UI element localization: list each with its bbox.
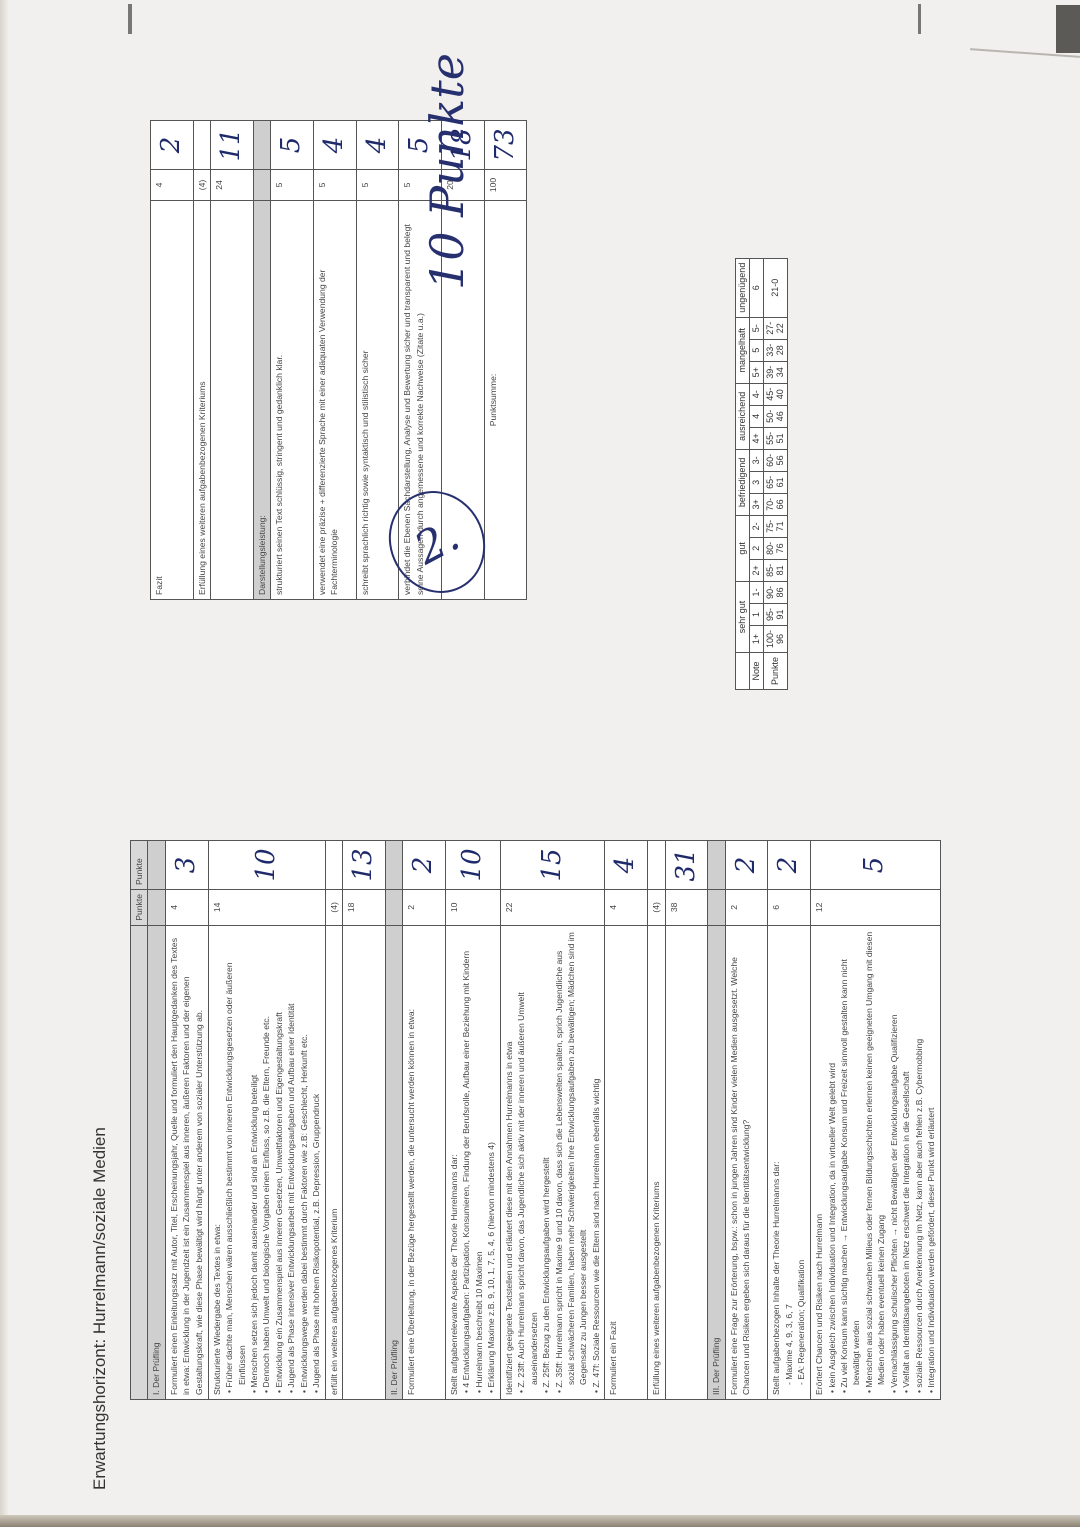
- criterion-sub: - EA: Regeneration; Qualifikation: [795, 930, 807, 1395]
- grade-note: 2-: [749, 515, 763, 537]
- awarded-points: 5: [811, 841, 941, 890]
- max-points: 6: [768, 890, 811, 926]
- row-label: Note: [749, 652, 763, 689]
- criterion-text: erfüllt ein weiteres aufgabenbezogenes K…: [325, 925, 342, 1399]
- grade-group: ungenügend: [736, 258, 750, 317]
- grade-note: 5: [749, 339, 763, 361]
- criterion-row: Identifiziert geeignete Textstellen und …: [500, 841, 605, 1400]
- section-cell: [148, 841, 165, 890]
- criterion-text: Erfüllung eines weiteren aufgabenbezogen…: [193, 201, 210, 600]
- max-points: 4: [151, 170, 194, 201]
- criterion-label: Formuliert eine Überleitung, in der Bezü…: [406, 1009, 416, 1395]
- awarded-points: 2: [151, 121, 194, 170]
- criterion-row: Formuliert eine Frage zur Erörterung, bs…: [725, 841, 768, 1400]
- grade-note: 3+: [749, 493, 763, 515]
- section-cell: [708, 890, 725, 926]
- criterion-bullet: Dennoch haben Umwelt und biologische Vor…: [260, 930, 272, 1395]
- awarded-points: 10: [445, 841, 500, 890]
- criterion-bullet: Menschen aus sozial schwachen Milieus od…: [863, 930, 888, 1395]
- max-points: (4): [193, 170, 210, 201]
- max-points: (4): [325, 890, 342, 926]
- grade-range: 39-34: [763, 361, 788, 383]
- criterion-sub: - Maxime 4, 9, 3, 6, 7: [783, 930, 795, 1395]
- max-points: 22: [500, 890, 605, 926]
- section-title: III. Der Prüfling: [708, 925, 725, 1399]
- criterion-label: Stellt aufgabenbezogen Inhalte der Theor…: [771, 1162, 781, 1395]
- section-cell: [253, 121, 270, 170]
- grade-points-row: Punkte100-9695-9190-8685-8180-7675-7170-…: [763, 258, 788, 689]
- awarded-points: 2: [725, 841, 768, 890]
- criterion-bullet: Erklärung Maxime z.B. 9, 10, 1, 7, 5, 4,…: [485, 930, 497, 1395]
- criterion-label: erfüllt ein weiteres aufgabenbezogenes K…: [329, 1209, 339, 1395]
- criteria-table-left: PunktePunkteI. Der PrüflingFormuliert ei…: [130, 840, 941, 1400]
- criterion-label: Formuliert ein Fazit: [608, 1321, 618, 1395]
- section-cell: [385, 841, 402, 890]
- grade-note: 1+: [749, 625, 763, 652]
- subtotal-score: 13: [343, 841, 386, 890]
- grade-range: 95-91: [763, 603, 788, 625]
- section-title: I. Der Prüfling: [148, 925, 165, 1399]
- criterion-bullet: Zu viel Konsum kann süchtig machen → Ent…: [838, 930, 863, 1395]
- criterion-row: Erörtert Chancen und Risiken nach Hurrel…: [811, 841, 941, 1400]
- grade-note: 6: [749, 258, 763, 317]
- criterion-label: Strukturierte Wiedergabe des Textes in e…: [212, 1224, 222, 1395]
- grade-note: 2: [749, 537, 763, 559]
- max-points: 14: [208, 890, 325, 926]
- max-points: 5: [271, 170, 314, 201]
- awarded-points: 2: [403, 841, 446, 890]
- max-points: 5: [356, 170, 399, 201]
- criterion-row: Formuliert einen Einleitungssatz mit Aut…: [165, 841, 208, 1400]
- criterion-text: Identifiziert geeignete Textstellen und …: [500, 925, 605, 1399]
- awarded-points: [193, 121, 210, 170]
- criterion-label: Fazit: [154, 576, 164, 595]
- criterion-row: Strukturierte Wiedergabe des Textes in e…: [208, 841, 325, 1400]
- table-header: PunktePunkte: [131, 841, 148, 1400]
- criterion-bullet: Z. 47f: Soziale Ressourcen wie die Elter…: [590, 930, 602, 1395]
- max-points: 10: [445, 890, 500, 926]
- grade-note: 4+: [749, 427, 763, 449]
- criterion-text: Formuliert eine Frage zur Erörterung, bs…: [725, 925, 768, 1399]
- max-points: 2: [403, 890, 446, 926]
- criterion-label: Erörtert Chancen und Risiken nach Hurrel…: [814, 1214, 824, 1395]
- grade-note: 3: [749, 471, 763, 493]
- max-points: 4: [605, 890, 648, 926]
- document-title: Erwartungshorizont: Hurrelmann/soziale M…: [90, 840, 110, 1490]
- photo-edge: [0, 0, 8, 1527]
- grade-note: 1: [749, 603, 763, 625]
- awarded-points: 10: [208, 841, 325, 890]
- criterion-row: Formuliert ein Fazit44: [605, 841, 648, 1400]
- photo-edge: [0, 1515, 1080, 1527]
- subtotal-score: 11: [211, 121, 254, 170]
- criterion-row: erfüllt ein weiteres aufgabenbezogenes K…: [325, 841, 342, 1400]
- grade-note: 2+: [749, 559, 763, 581]
- criterion-bullet: Menschen setzen sich jedoch damit ausein…: [248, 930, 260, 1395]
- criterion-bullet: Z. 25ff: Bezug zu den Entwicklungsaufgab…: [540, 930, 552, 1395]
- criterion-label: Stellt aufgabenrelevante Aspekte der The…: [449, 1154, 459, 1395]
- criterion-text: verwendet eine präzise + differenzierte …: [313, 201, 356, 600]
- grade-note: 4-: [749, 383, 763, 405]
- section-title: Darstellungsleistung:: [253, 201, 270, 600]
- criterion-row: Stellt aufgabenrelevante Aspekte der The…: [445, 841, 500, 1400]
- grade-range: 90-86: [763, 581, 788, 603]
- awarded-points: 4: [313, 121, 356, 170]
- criterion-label: Identifiziert geeignete Textstellen und …: [504, 1042, 514, 1395]
- grade-range: 50-46: [763, 405, 788, 427]
- criterion-bullet: Vernachlässigung schulischer Pflichten →…: [888, 930, 900, 1395]
- max-points: 4: [165, 890, 208, 926]
- punch-mark: [918, 4, 921, 34]
- grade-range: 60-56: [763, 449, 788, 471]
- grade-range: 65-61: [763, 471, 788, 493]
- criterion-row: verwendet eine präzise + differenzierte …: [313, 121, 356, 600]
- section-cell: [708, 841, 725, 890]
- grade-range: 70-66: [763, 493, 788, 515]
- awarded-points: 4: [356, 121, 399, 170]
- criterion-bullet: Vielfalt an Identitätsangeboten im Netz …: [900, 930, 912, 1395]
- subtotal-score: 31: [665, 841, 708, 890]
- total-label: Punktsumme:: [484, 201, 527, 600]
- criterion-row: Erfüllung eines weiteren aufgabenbezogen…: [193, 121, 210, 600]
- criterion-row: Erfüllung eines weiteren aufgabenbezogen…: [648, 841, 665, 1400]
- criterion-bullet: Jugend als Phase intensiver Entwicklungs…: [285, 930, 297, 1395]
- subtotal-max: 38: [665, 890, 708, 926]
- awarded-points: 5: [271, 121, 314, 170]
- header-points: Punkte: [131, 841, 148, 890]
- criterion-bullet: Entwicklungswege werden dabei bestimmt d…: [298, 930, 310, 1395]
- total-score: 73: [484, 121, 527, 170]
- handwritten-grade: 2.: [406, 510, 467, 575]
- grade-note: 5-: [749, 317, 763, 339]
- criterion-text: Strukturierte Wiedergabe des Textes in e…: [208, 925, 325, 1399]
- photo-corner: [1056, 5, 1080, 53]
- grade-group: gut: [736, 515, 750, 581]
- criterion-bullet: Hurrelmann beschreibt 10 Maximen: [473, 930, 485, 1395]
- grade-group: ausreichend: [736, 383, 750, 449]
- criterion-label: Formuliert eine Frage zur Erörterung, bs…: [729, 957, 751, 1395]
- subtotal-row: 2411: [211, 121, 254, 600]
- total-max: 100: [484, 170, 527, 201]
- criterion-label: Erfüllung eines weiteren aufgabenbezogen…: [197, 381, 207, 595]
- grade-group: mangelhaft: [736, 317, 750, 383]
- section-cell: [148, 890, 165, 926]
- grade-range: 100-96: [763, 625, 788, 652]
- subtotal-row: 3831: [665, 841, 708, 1400]
- criterion-row: Fazit42: [151, 121, 194, 600]
- grade-range: 27-22: [763, 317, 788, 339]
- criterion-label: Formuliert einen Einleitungssatz mit Aut…: [169, 938, 204, 1395]
- criterion-label: schreibt sprachlich richtig sowie syntak…: [360, 350, 370, 595]
- max-points: 12: [811, 890, 941, 926]
- criterion-text: Formuliert ein Fazit: [605, 925, 648, 1399]
- grade-range: 55-51: [763, 427, 788, 449]
- criterion-text: Formuliert einen Einleitungssatz mit Aut…: [165, 925, 208, 1399]
- grade-scale-table: sehr gutgutbefriedigendausreichendmangel…: [735, 258, 788, 690]
- section-header: Darstellungsleistung:: [253, 121, 270, 600]
- criterion-text: Erfüllung eines weiteren aufgabenbezogen…: [648, 925, 665, 1399]
- subtotal-label: [211, 201, 254, 600]
- section-header: III. Der Prüfling: [708, 841, 725, 1400]
- max-points: 2: [725, 890, 768, 926]
- subtotal-label: [343, 925, 386, 1399]
- criterion-row: Stellt aufgabenbezogen Inhalte der Theor…: [768, 841, 811, 1400]
- grade-group: sehr gut: [736, 581, 750, 652]
- criterion-bullet: 4 Entwicklungsaufgaben: Partizipation, K…: [460, 930, 472, 1395]
- grade-range: 45-40: [763, 383, 788, 405]
- criterion-row: Formuliert eine Überleitung, in der Bezü…: [403, 841, 446, 1400]
- subtotal-max: 24: [211, 170, 254, 201]
- grade-range: 33-28: [763, 339, 788, 361]
- criterion-bullet: Früher dachte man, Menschen wären aussch…: [223, 930, 248, 1395]
- grade-note: 3-: [749, 449, 763, 471]
- grade-range: 85-81: [763, 559, 788, 581]
- criterion-text: Formuliert eine Überleitung, in der Bezü…: [403, 925, 446, 1399]
- criterion-text: strukturiert seinen Text schlüssig, stri…: [271, 201, 314, 600]
- section-header: II. Der Prüfling: [385, 841, 402, 1400]
- awarded-points: 2: [768, 841, 811, 890]
- grade-group-row: sehr gutgutbefriedigendausreichendmangel…: [736, 258, 750, 689]
- grade-range: 75-71: [763, 515, 788, 537]
- section-cell: [385, 890, 402, 926]
- awarded-points: [325, 841, 342, 890]
- section-header: I. Der Prüfling: [148, 841, 165, 1400]
- criterion-label: Erfüllung eines weiteren aufgabenbezogen…: [651, 1181, 661, 1395]
- subtotal-max: 18: [343, 890, 386, 926]
- criterion-bullet: Integration und Individuation werden gef…: [925, 930, 937, 1395]
- grade-range: 21-0: [763, 258, 788, 317]
- header-max-points: Punkte: [131, 890, 148, 926]
- subtotal-row: 1813: [343, 841, 386, 1400]
- section-title: II. Der Prüfling: [385, 925, 402, 1399]
- header-criteria: [131, 925, 148, 1399]
- criterion-bullet: soziale Ressourcen durch Anerkennung im …: [913, 930, 925, 1395]
- awarded-points: 15: [500, 841, 605, 890]
- subtotal-label: [665, 925, 708, 1399]
- total-row: Punktsumme:10073: [484, 121, 527, 600]
- grade-range: 80-76: [763, 537, 788, 559]
- max-points: (4): [648, 890, 665, 926]
- grade-note-row: Note1+11-2+22-3+33-4+44-5+55-6: [749, 258, 763, 689]
- awarded-points: [648, 841, 665, 890]
- criterion-label: strukturiert seinen Text schlüssig, stri…: [274, 355, 284, 595]
- criterion-row: strukturiert seinen Text schlüssig, stri…: [271, 121, 314, 600]
- criterion-label: verwendet eine präzise + differenzierte …: [317, 270, 339, 595]
- awarded-points: 3: [165, 841, 208, 890]
- criterion-text: Stellt aufgabenbezogen Inhalte der Theor…: [768, 925, 811, 1399]
- punch-mark: [128, 4, 132, 34]
- criterion-bullet: Entwicklung ein Zusammenspiel aus innere…: [273, 930, 285, 1395]
- grade-group: befriedigend: [736, 449, 750, 515]
- grade-note: 5+: [749, 361, 763, 383]
- criterion-text: Erörtert Chancen und Risiken nach Hurrel…: [811, 925, 941, 1399]
- awarded-points: 4: [605, 841, 648, 890]
- grade-note: 4: [749, 405, 763, 427]
- criterion-text: Stellt aufgabenrelevante Aspekte der The…: [445, 925, 500, 1399]
- criterion-bullet: Z. 23ff: Auch Hurrelmann spricht davon, …: [515, 930, 540, 1395]
- handwritten-points-note: 10 Punkte: [420, 53, 474, 290]
- max-points: 5: [313, 170, 356, 201]
- grade-corner: [736, 652, 750, 689]
- row-label: Punkte: [763, 652, 788, 689]
- section-cell: [253, 170, 270, 201]
- criterion-bullet: kein Ausgleich zwischen Individuation un…: [826, 930, 838, 1395]
- criterion-bullet: Z. 35ff: Hurrelmann spricht in Maxime 9 …: [553, 930, 590, 1395]
- grade-note: 1-: [749, 581, 763, 603]
- criterion-text: Fazit: [151, 201, 194, 600]
- criterion-bullet: Jugend als Phase mit hohem Risikopotenti…: [310, 930, 322, 1395]
